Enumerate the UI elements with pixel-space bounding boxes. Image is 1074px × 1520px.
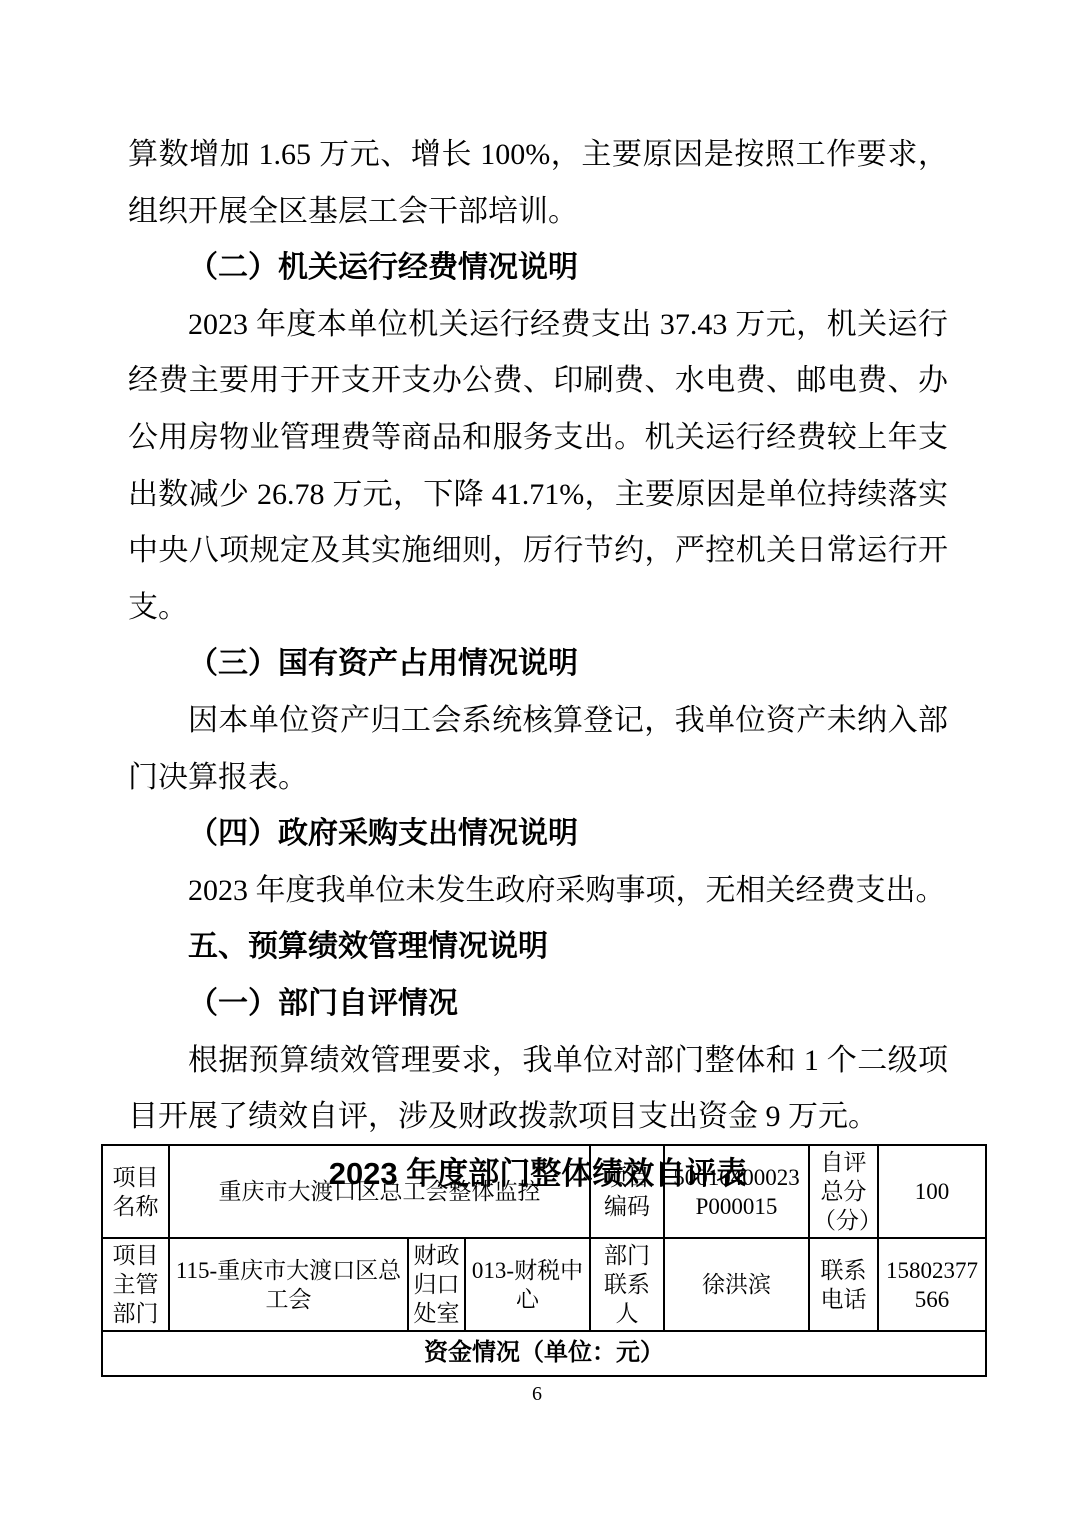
document-page: 算数增加 1.65 万元、增长 100%，主要原因是按照工作要求，组织开展全区基… xyxy=(0,0,1074,1520)
paragraph-state-assets: 因本单位资产归工会系统核算登记，我单位资产未纳入部门决算报表。 xyxy=(128,693,948,806)
project-code-value: 50010400023P000015 xyxy=(664,1145,809,1238)
heading-section-5-1: （一）部门自评情况 xyxy=(128,976,948,1033)
supervising-dept-label: 项目 主管 部门 xyxy=(102,1238,169,1331)
heading-section-2: （二）机关运行经费情况说明 xyxy=(128,240,948,297)
project-code-label: 项目 编码 xyxy=(590,1145,664,1238)
finance-office-value: 013-财税中心 xyxy=(465,1238,590,1331)
self-score-value: 100 xyxy=(878,1145,986,1238)
phone-label: 联系 电话 xyxy=(809,1238,878,1331)
table-row-project: 项目 名称 重庆市大渡口区总工会整体监控 项目 编码 50010400023P0… xyxy=(102,1145,986,1238)
dept-contact-label: 部门 联系人 xyxy=(590,1238,664,1331)
paragraph-operating-funds: 2023 年度本单位机关运行经费支出 37.43 万元，机关运行经费主要用于开支… xyxy=(128,297,948,637)
phone-value: 15802377566 xyxy=(878,1238,986,1331)
table-row-department: 项目 主管 部门 115-重庆市大渡口区总工会 财政 归口 处室 013-财税中… xyxy=(102,1238,986,1331)
finance-office-label: 财政 归口 处室 xyxy=(408,1238,465,1331)
paragraph-self-evaluation: 根据预算绩效管理要求，我单位对部门整体和 1 个二级项目开展了绩效自评，涉及财政… xyxy=(128,1033,948,1146)
table-row-funds-header: 资金情况（单位：元） xyxy=(102,1331,986,1376)
heading-chapter-5: 五、预算绩效管理情况说明 xyxy=(128,919,948,976)
paragraph-continuation: 算数增加 1.65 万元、增长 100%，主要原因是按照工作要求，组织开展全区基… xyxy=(128,127,948,240)
dept-contact-value: 徐洪滨 xyxy=(664,1238,809,1331)
self-score-label: 自评 总分 （分） xyxy=(809,1145,878,1238)
project-name-value: 重庆市大渡口区总工会整体监控 xyxy=(169,1145,590,1238)
funds-section-header: 资金情况（单位：元） xyxy=(102,1331,986,1376)
document-body: 算数增加 1.65 万元、增长 100%，主要原因是按照工作要求，组织开展全区基… xyxy=(128,127,948,1202)
heading-section-4: （四）政府采购支出情况说明 xyxy=(128,806,948,863)
heading-section-3: （三）国有资产占用情况说明 xyxy=(128,636,948,693)
paragraph-procurement: 2023 年度我单位未发生政府采购事项，无相关经费支出。 xyxy=(128,863,948,920)
page-number: 6 xyxy=(0,1383,1074,1406)
project-name-label: 项目 名称 xyxy=(102,1145,169,1238)
supervising-dept-value: 115-重庆市大渡口区总工会 xyxy=(169,1238,408,1331)
self-evaluation-table: 项目 名称 重庆市大渡口区总工会整体监控 项目 编码 50010400023P0… xyxy=(101,1144,987,1377)
